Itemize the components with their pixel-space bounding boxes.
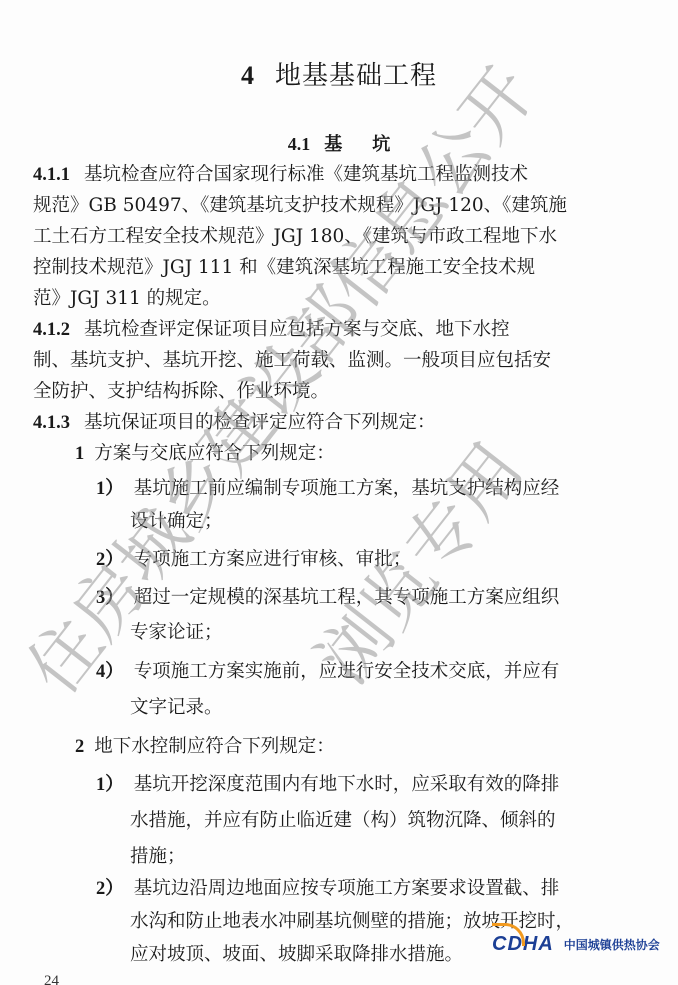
item-number: 1） [96,479,124,499]
chapter-number: 4 [241,61,255,90]
line-text: 专家论证； [130,622,223,643]
text-line: 文字记录。 [130,693,223,723]
text-line: 制、基坑支护、基坑开挖、施工荷载、监测。一般项目应包括安 [33,346,551,376]
item-number: 2） [96,550,124,570]
document-page: 4地基基础工程 4.1基坑 4.1.1基坑检查应符合国家现行标准《建筑基坑工程监… [0,0,678,985]
line-text: 设计确定； [130,511,223,532]
text-line: 全防护、支护结构拆除、作业环境。 [33,377,329,407]
text-line: 2）专项施工方案应进行审核、审批； [96,545,411,575]
item-number: 3） [96,588,124,608]
line-text: 控制技术规范》JGJ 111 和《建筑深基坑工程施工安全技术规 [33,257,535,278]
text-line: 4.1.3基坑保证项目的检查评定应符合下列规定： [33,408,436,438]
line-text: 文字记录。 [130,697,223,718]
text-line: 范》JGJ 311 的规定。 [33,284,221,314]
line-text: 全防护、支护结构拆除、作业环境。 [33,381,329,402]
chapter-title: 4地基基础工程 [0,55,678,92]
line-text: 专项施工方案实施前，应进行安全技术交底，并应有 [134,661,560,682]
line-text: 基坑开挖深度范围内有地下水时，应采取有效的降排 [134,774,560,795]
text-line: 设计确定； [130,507,223,537]
line-text: 制、基坑支护、基坑开挖、施工荷载、监测。一般项目应包括安 [33,350,551,371]
clause-number: 4.1.2 [33,320,70,340]
publisher-logo: CDHA 中国城镇供热协会 [492,933,660,956]
chapter-title-text: 地基基础工程 [275,61,437,91]
line-text: 措施； [130,846,186,867]
text-line: 应对坡顶、坡面、坡脚采取降排水措施。 [130,940,463,970]
line-text: 范》JGJ 311 的规定。 [33,288,221,309]
section-title-part2: 坑 [372,134,390,155]
item-number: 2） [96,879,124,899]
item-number: 4） [96,662,124,682]
text-line: 水措施，并应有防止临近建（构）筑物沉降、倾斜的 [130,806,556,836]
item-number: 1） [96,775,124,795]
text-line: 1）基坑施工前应编制专项施工方案，基坑支护结构应经 [96,474,559,504]
line-text: 超过一定规模的深基坑工程，其专项施工方案应组织 [134,587,560,608]
text-line: 控制技术规范》JGJ 111 和《建筑深基坑工程施工安全技术规 [33,253,535,283]
line-text: 基坑检查评定保证项目应包括方案与交底、地下水控 [84,319,510,340]
text-line: 4.1.1基坑检查应符合国家现行标准《建筑基坑工程监测技术 [33,160,528,190]
text-line: 工土石方工程安全技术规范》JGJ 180、《建筑与市政工程地下水 [33,222,557,252]
line-text: 方案与交底应符合下列规定： [94,443,335,464]
clause-number: 4.1.3 [33,413,70,433]
text-line: 2）基坑边沿周边地面应按专项施工方案要求设置截、排 [96,874,559,904]
section-title: 4.1基坑 [0,130,678,156]
text-line: 规范》GB 50497、《建筑基坑支护技术规程》JGJ 120、《建筑施 [33,191,567,221]
line-text: 基坑边沿周边地面应按专项施工方案要求设置截、排 [134,878,560,899]
text-line: 1）基坑开挖深度范围内有地下水时，应采取有效的降排 [96,770,559,800]
text-line: 3）超过一定规模的深基坑工程，其专项施工方案应组织 [96,583,559,613]
text-line: 4.1.2基坑检查评定保证项目应包括方案与交底、地下水控 [33,315,510,345]
line-text: 基坑施工前应编制专项施工方案，基坑支护结构应经 [134,478,560,499]
line-text: 应对坡顶、坡面、坡脚采取降排水措施。 [130,944,463,965]
clause-number: 4.1.1 [33,165,70,185]
section-number: 4.1 [288,134,311,154]
publisher-name: 中国城镇供热协会 [564,936,660,953]
cdha-logo-icon: CDHA [492,933,554,956]
item-number: 1 [75,444,84,464]
item-number: 2 [75,737,84,757]
line-text: 基坑保证项目的检查评定应符合下列规定： [84,412,436,433]
section-title-part1: 基 [324,134,342,155]
text-line: 专家论证； [130,618,223,648]
line-text: 工土石方工程安全技术规范》JGJ 180、《建筑与市政工程地下水 [33,226,557,247]
text-line: 4）专项施工方案实施前，应进行安全技术交底，并应有 [96,657,559,687]
line-text: 规范》GB 50497、《建筑基坑支护技术规程》JGJ 120、《建筑施 [33,195,567,216]
line-text: 专项施工方案应进行审核、审批； [134,549,412,570]
line-text: 地下水控制应符合下列规定： [94,736,335,757]
line-text: 水措施，并应有防止临近建（构）筑物沉降、倾斜的 [130,810,556,831]
line-text: 基坑检查应符合国家现行标准《建筑基坑工程监测技术 [84,164,528,185]
text-line: 2地下水控制应符合下列规定： [75,732,335,762]
text-line: 措施； [130,842,186,872]
page-number: 24 [44,973,59,985]
text-line: 1方案与交底应符合下列规定： [75,439,335,469]
